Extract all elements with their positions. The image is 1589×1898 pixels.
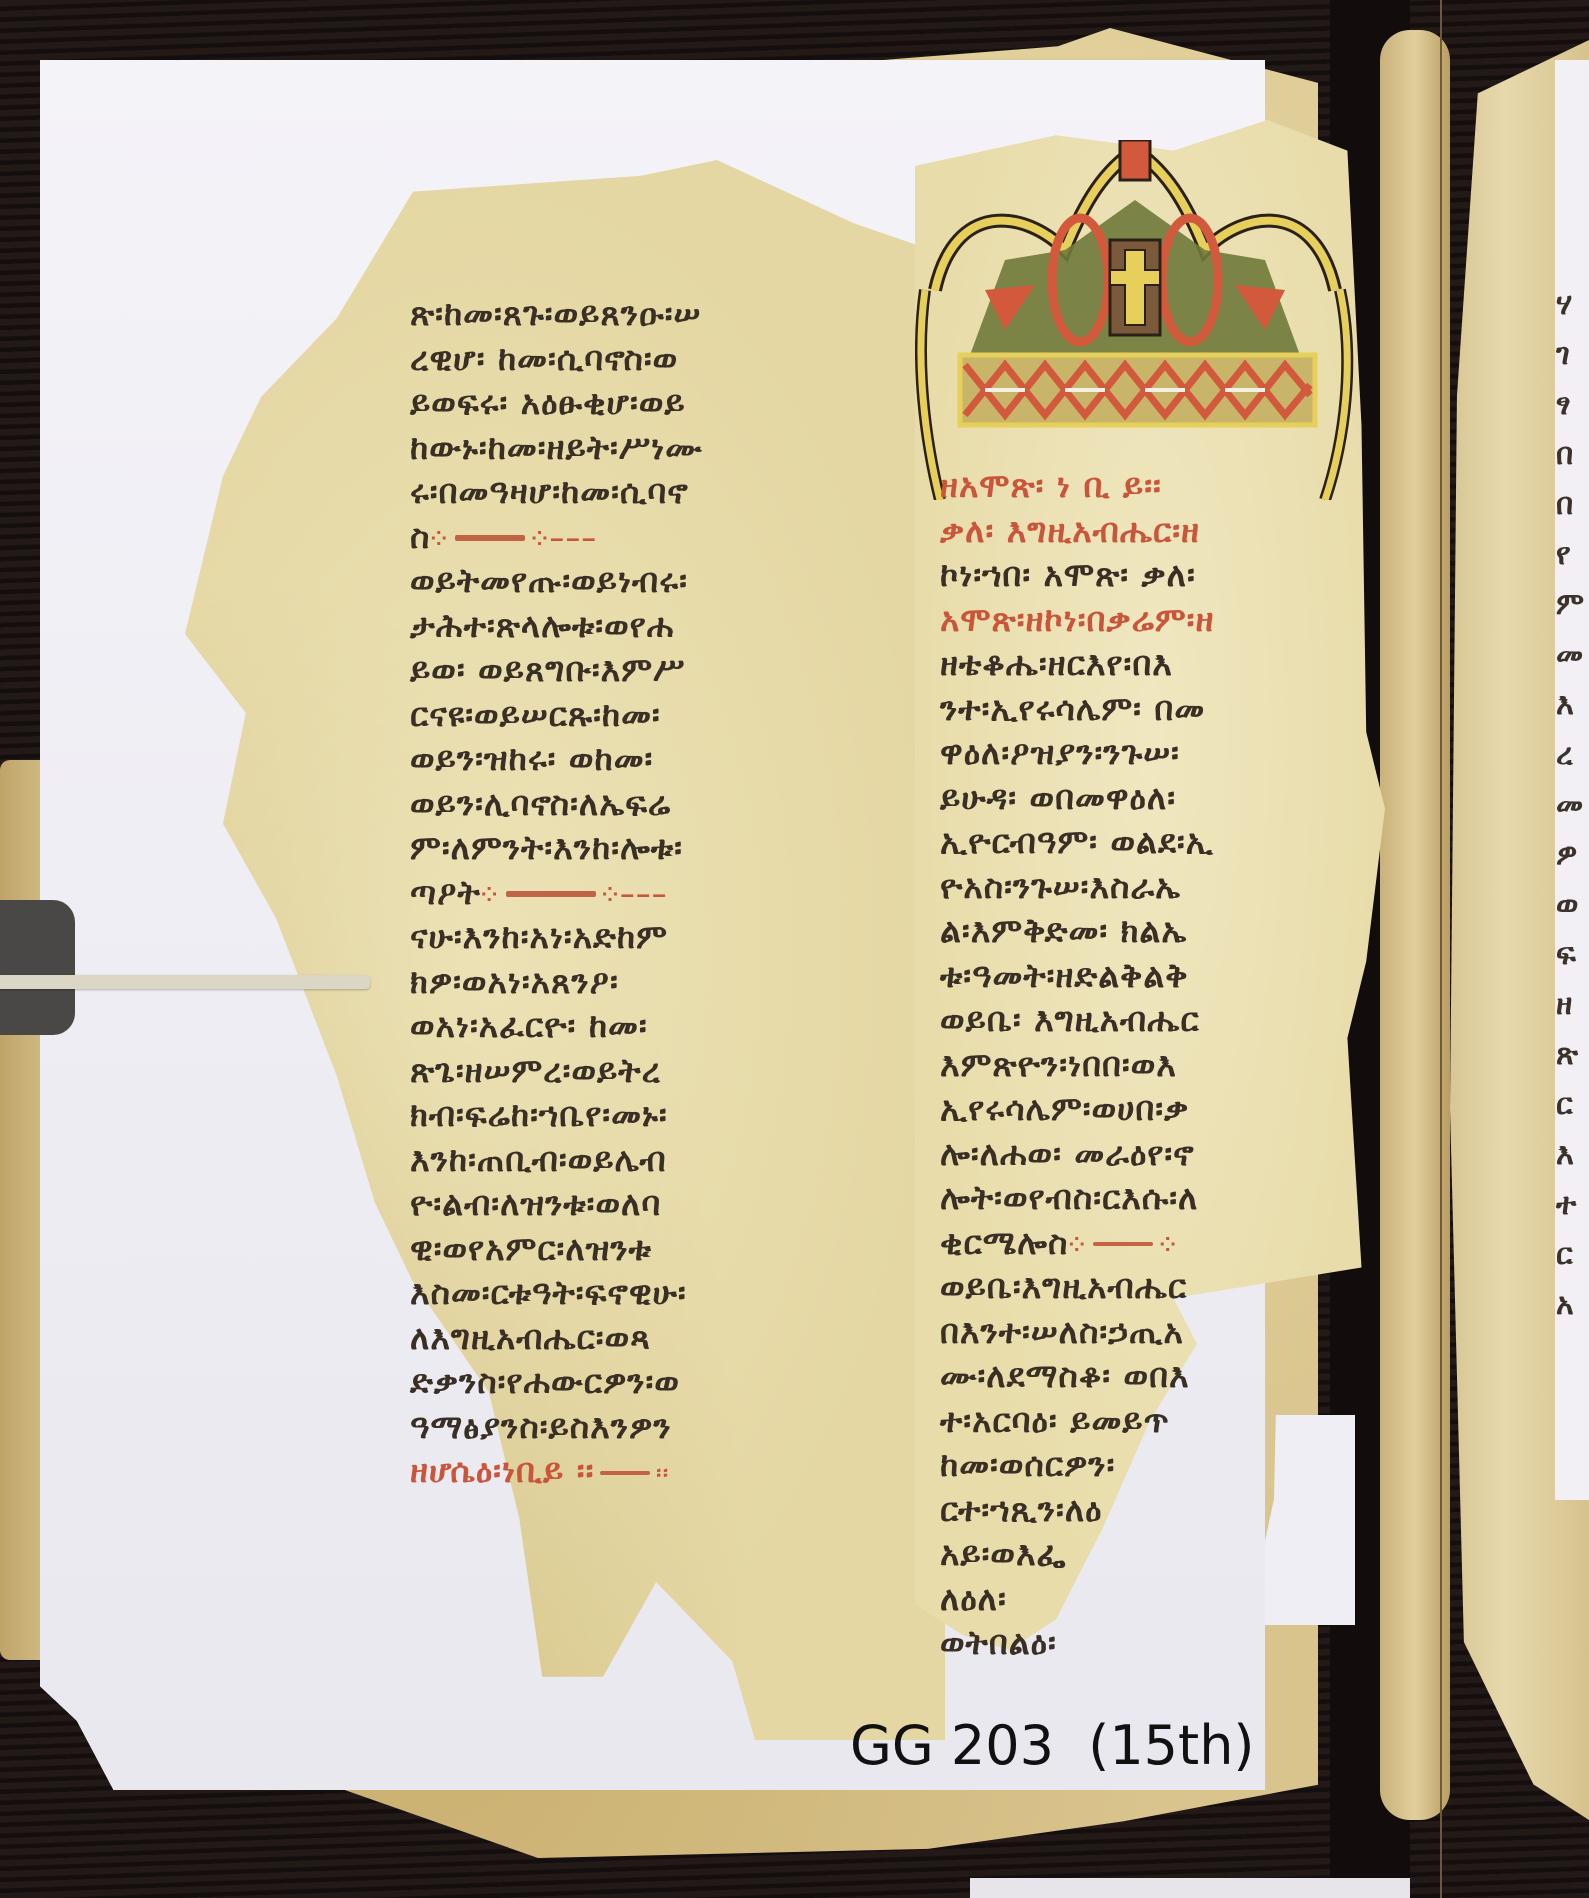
text-line: ከመ፡ወሰርዎን፡ [940,1443,1380,1488]
text-line: ድቃንስ፡የሐውርዎን፡ወ [410,1360,930,1405]
text-line: ለዕለ፡ [940,1577,1380,1622]
text-line: አይ፡ወእፌ [940,1532,1380,1577]
divider-bar-icon [506,891,596,897]
text-line: ንተ፡ኢየሩሳሌም፡ በመ [940,687,1380,732]
text-line: ይሁዳ፡ ወበመዋዕለ፡ [940,776,1380,821]
text-line: ዮአስ፡ንጉሠ፡እስራኤ [940,865,1380,910]
image-seam [1440,0,1442,1898]
text-line: ሙ፡ለደማስቆ፡ ወበእ [940,1354,1380,1399]
divider-dots-icon: ⁘ [430,526,449,550]
text-line: ወይን፡ዝከሩ፡ ወከመ፡ [410,737,930,782]
text-line: ወአነ፡አፈርዮ፡ ከመ፡ [410,1004,930,1049]
text-line: ሎ፡ለሐወ፡ መራዕየ፡ኖ [940,1132,1380,1177]
text-line: ጽ፡ከመ፡ጸጉ፡ወይጸንዑ፡ሠ [410,292,930,337]
right-text-column: ዘአሞጽ፡ ነ ቢ ይ፡፡ ቃለ፡ እግዚአብሔር፡ዘ ኮነ፡ኀበ፡ አሞጽ፡ … [940,464,1380,1666]
section-divider: ቂርሜሎስ⁘⁘ [940,1221,1380,1266]
text-line: ርናዩ፡ወይሠርጹ፡ከመ፡ [410,693,930,738]
text-line: ርተ፡ኀጺን፡ለዕ [940,1488,1380,1533]
text-line: እስመ፡ርቱዓት፡ፍኖዊሁ፡ [410,1271,930,1316]
text-line: ክብ፡ፍሬከ፡ኀቤየ፡መኑ፡ [410,1093,930,1138]
bottom-paper-edge [970,1878,1410,1898]
section-divider: ስ⁘⁘‒‒‒ [410,515,930,560]
divider-text: ስ [410,517,430,556]
text-line: ኢዮርብዓም፡ ወልደ፡ኢ [940,820,1380,865]
section-divider: ጣዖት⁘⁘‒‒‒ [410,871,930,916]
text-line: ከውኑ፡ከመ፡ዘይት፡ሥነሙ [410,426,930,471]
text-line: በእንተ፡ሠለስ፡ኃጢአ [940,1310,1380,1355]
rubric-line: ዘሆሴዕ፡ነቢይ ፡፡፡፡ [410,1449,930,1494]
rubric-line: ዘአሞጽ፡ ነ ቢ ይ፡፡ [940,464,1380,509]
text-line: ወትበልዕ፡ [940,1621,1380,1666]
text-line: ወይን፡ሊባኖስ፡ለኤፍሬ [410,782,930,827]
text-line: ዊ፡ወየአምር፡ለዝንቱ [410,1227,930,1272]
text-line: ል፡እምቅድመ፡ ክልኤ [940,909,1380,954]
divider-dots-icon: ⁘‒‒‒ [531,526,598,550]
rubric-text: ዘሆሴዕ፡ነቢይ ፡፡ [410,1451,594,1490]
text-line: ኮነ፡ኀበ፡ አሞጽ፡ ቃለ፡ [940,553,1380,598]
catalog-label: GG 203 (15th) [850,1714,1255,1777]
rubric-line: አሞጽ፡ዘኮነ፡በቃሬም፡ዘ [940,598,1380,643]
text-line: ታሕተ፡ጽላሎቱ፡ወየሐ [410,604,930,649]
divider-dots-icon: ⁘‒‒‒ [602,882,669,906]
rubric-dots-icon: ፡፡ [656,1460,669,1484]
divider-text: ጣዖት [410,873,481,912]
divider-dots-icon: ⁘ [1159,1232,1178,1256]
text-line: ሎት፡ወየብስ፡ርእሱ፡ለ [940,1176,1380,1221]
text-line: ዓማፅያንስ፡ይስእንዎን [410,1405,930,1450]
divider-bar-icon [1093,1242,1153,1246]
text-line: ክዎ፡ወአነ፡አጸንዖ፡ [410,960,930,1005]
text-line: ሩ፡በመዓዛሆ፡ከመ፡ሲባኖ [410,470,930,515]
clip-rod [0,975,370,989]
text-line: ረዊሆ፡ ከመ፡ሲባኖስ፡ወ [410,337,930,382]
text-line: ወይቤ፡እግዚአብሔር [940,1265,1380,1310]
text-line: ዋዕለ፡ዖዝያን፡ንጉሠ፡ [940,731,1380,776]
text-line: ይወፍሩ፡ አዕፁቂሆ፡ወይ [410,381,930,426]
text-line: ዘቴቆሔ፡ዘርእየ፡በእ [940,642,1380,687]
divider-text: ቂርሜሎስ [940,1223,1068,1262]
rubric-bar-icon [600,1471,650,1475]
text-line: ይወ፡ ወይጸግቡ፡እምሥ [410,648,930,693]
text-line: ጽጌ፡ዘሠምረ፡ወይትረ [410,1049,930,1094]
rubric-line: ቃለ፡ እግዚአብሔር፡ዘ [940,509,1380,554]
text-line: ዮ፡ልብ፡ለዝንቱ፡ወለባ [410,1182,930,1227]
text-line: እንከ፡ጠቢብ፡ወይሌብ [410,1138,930,1183]
text-line: ናሁ፡እንከ፡አነ፡አድከም [410,915,930,960]
text-line: ወይትመየጡ፡ወይነብሩ፡ [410,559,930,604]
left-text-column: ጽ፡ከመ፡ጸጉ፡ወይጸንዑ፡ሠ ረዊሆ፡ ከመ፡ሲባኖስ፡ወ ይወፍሩ፡ አዕፁ… [410,292,930,1494]
adjacent-folio-text: ሃ ገ ፃ በ በ የ ም መ እ ረ መ ዎ ወ ፍ ዘ ጽ ር እ ተ ር … [1556,280,1589,1530]
divider-bar-icon [455,535,525,541]
illuminated-headpiece-icon [915,140,1355,500]
divider-dots-icon: ⁘ [481,882,500,906]
text-line: ለእግዚአብሔር፡ወጻ [410,1316,930,1361]
text-line: ተ፡አርባዕ፡ ይመይጥ [940,1399,1380,1444]
text-line: ኢየሩሳሌም፡ወሀበ፡ቃ [940,1087,1380,1132]
divider-dots-icon: ⁘ [1068,1232,1087,1256]
text-line: ም፡ለምንት፡እንከ፡ሎቱ፡ [410,826,930,871]
text-line: ወይቤ፡ እግዚአብሔር [940,998,1380,1043]
text-line: ቱ፡ዓመት፡ዘድልቅልቅ [940,954,1380,999]
text-line: እምጽዮን፡ነበበ፡ወእ [940,1043,1380,1088]
clip-handle [0,900,75,1035]
